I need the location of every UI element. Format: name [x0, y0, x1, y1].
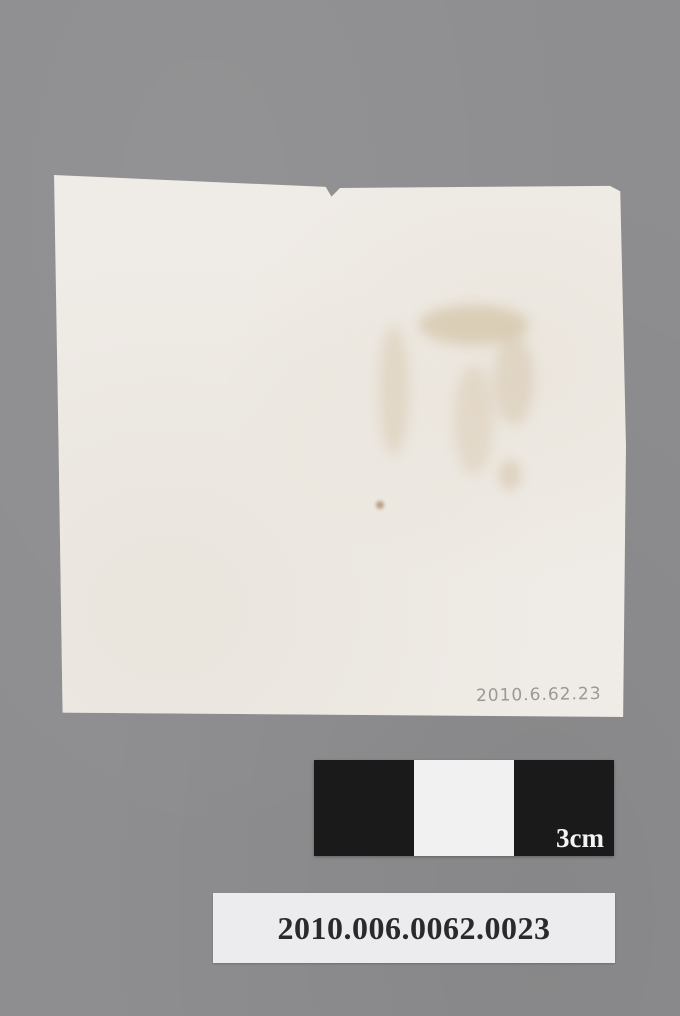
accession-number: 2010.006.0062.0023 [278, 910, 551, 947]
pencil-inscription: 2010.6.62.23 [476, 684, 602, 706]
scale-segment-black: 3cm [514, 760, 614, 856]
accession-number-label: 2010.006.0062.0023 [213, 893, 615, 963]
stain-mark [379, 325, 409, 455]
scale-bar: 3cm [314, 760, 614, 856]
scale-label: 3cm [556, 823, 604, 854]
paper-aging-tone [54, 175, 626, 717]
paper-artifact: 2010.6.62.23 [54, 175, 626, 717]
stain-mark [494, 335, 534, 425]
stain-mark [454, 365, 494, 475]
foxing-spot [376, 501, 384, 509]
scale-segment-white [414, 760, 514, 856]
scale-segment-black [314, 760, 414, 856]
stain-mark [499, 460, 521, 490]
